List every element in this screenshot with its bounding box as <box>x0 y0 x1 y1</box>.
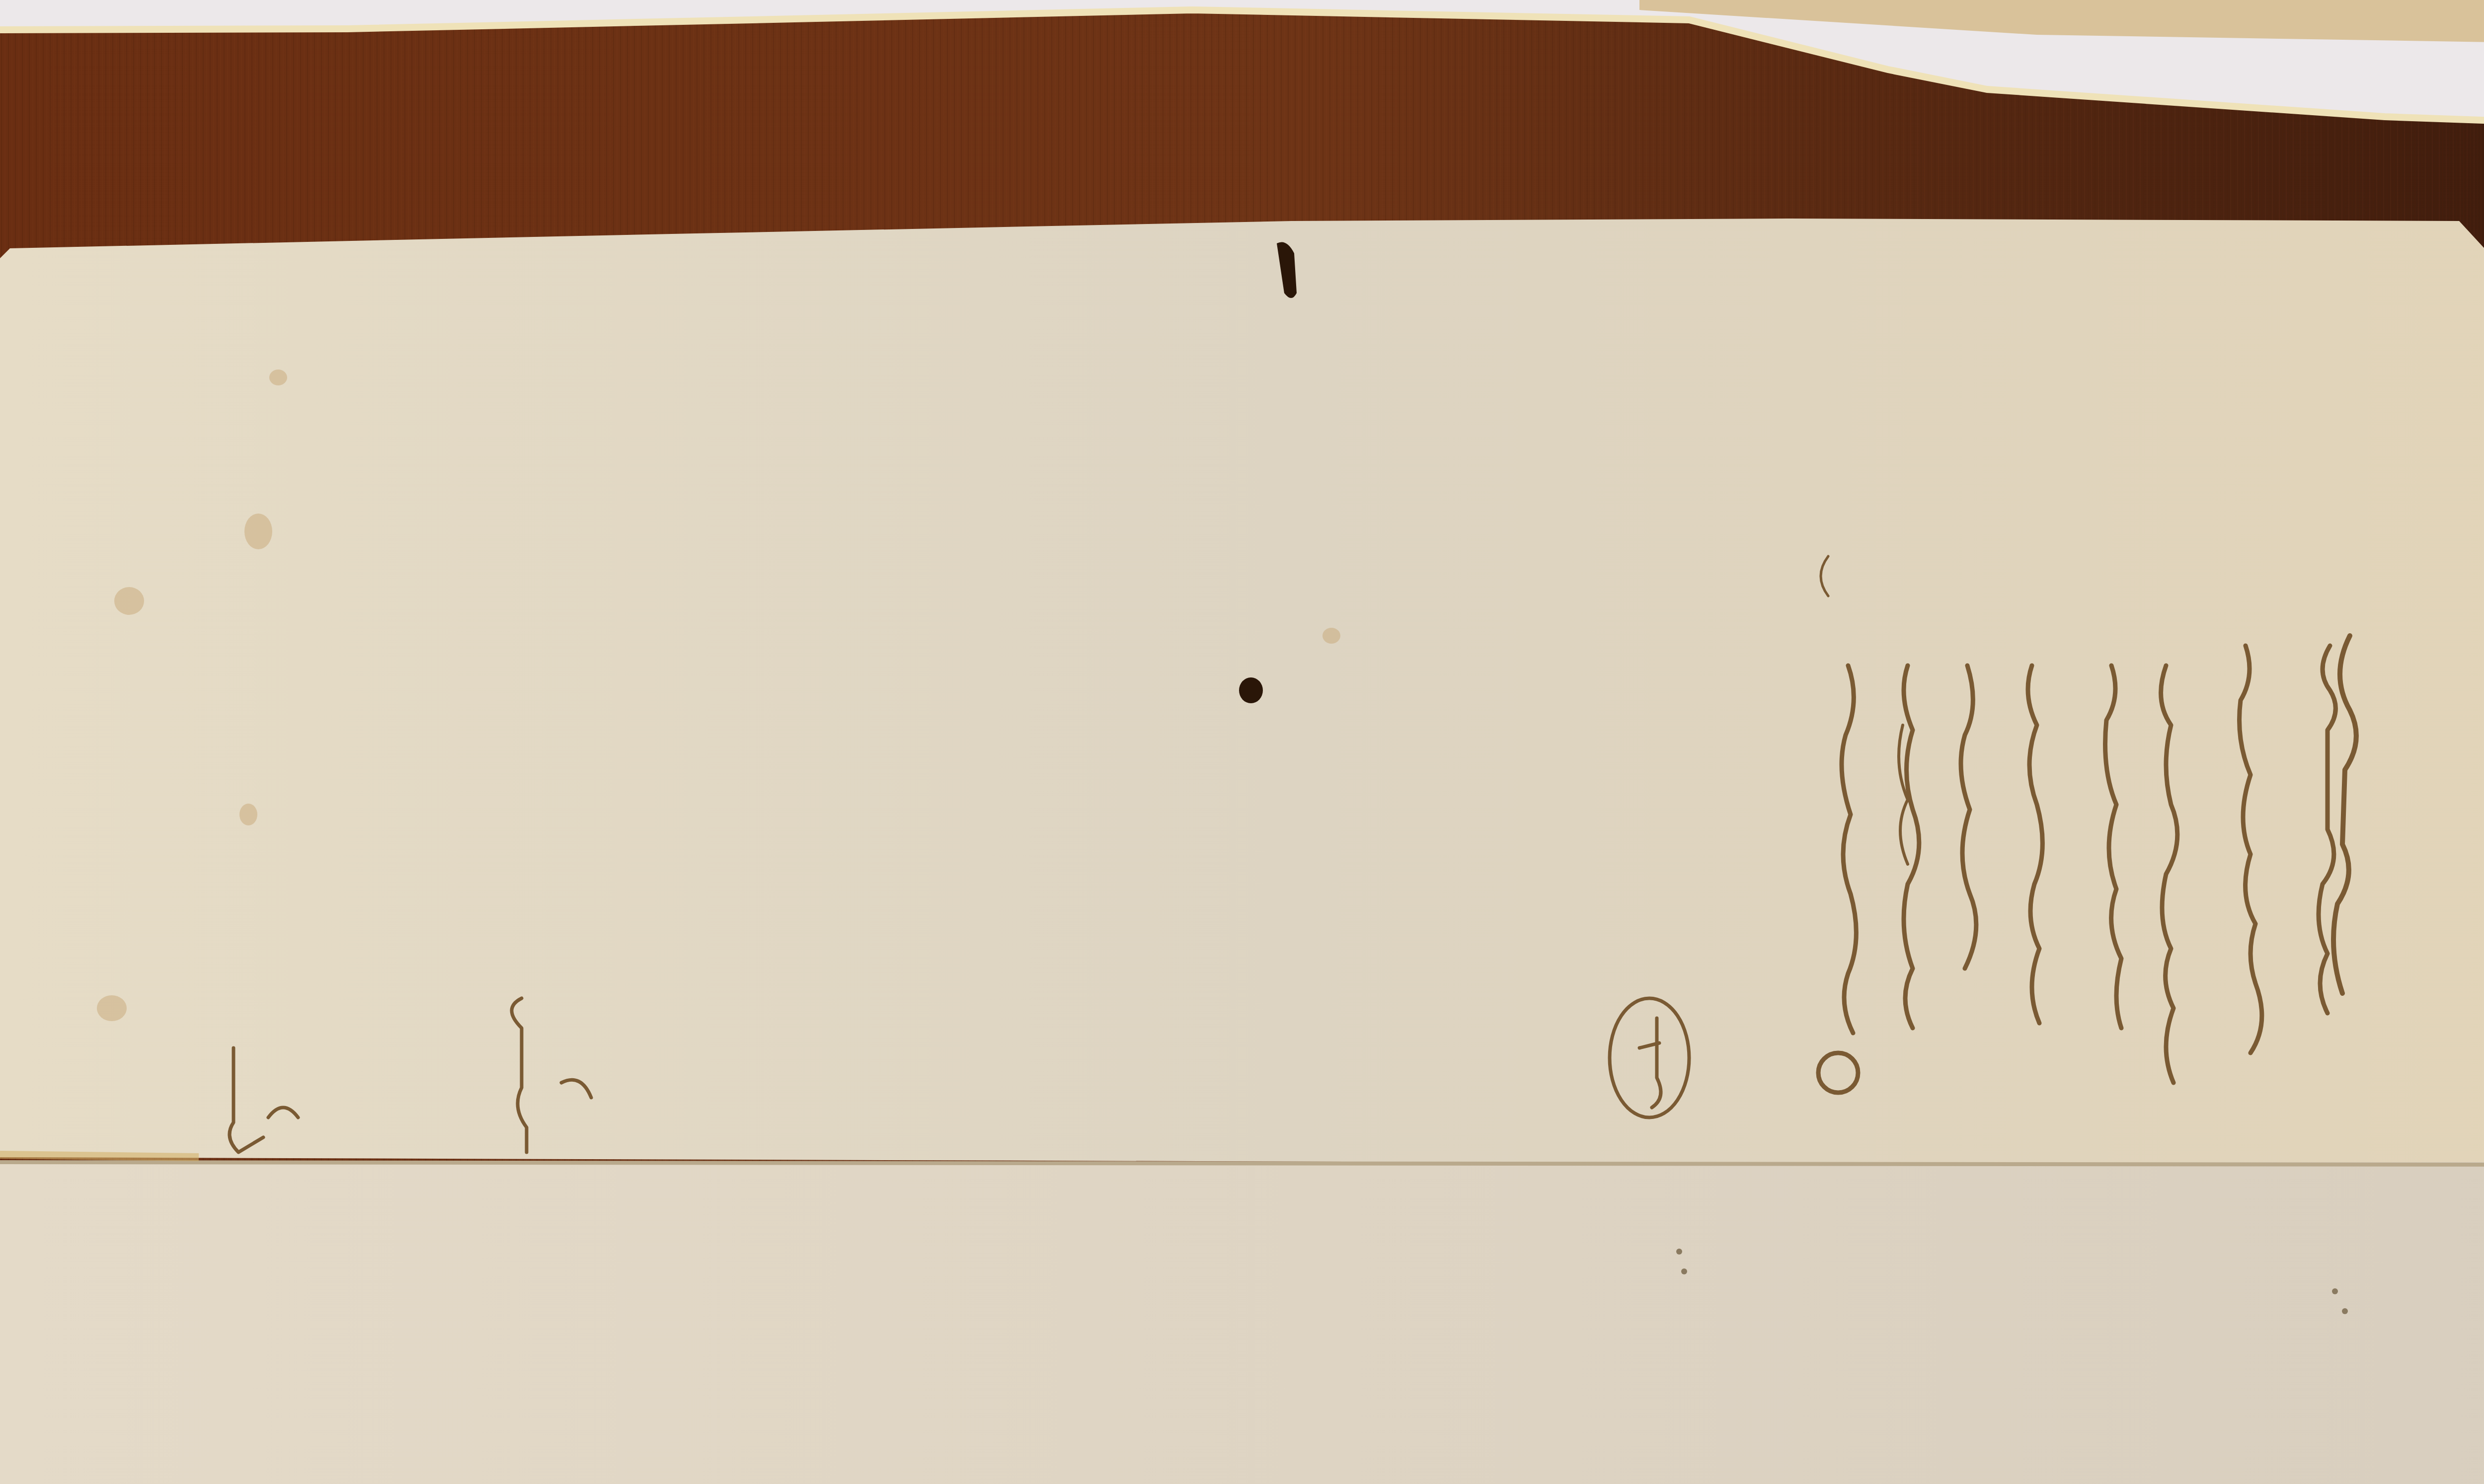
fold-line <box>0 1162 2484 1165</box>
ink-blot-center <box>1239 677 1263 703</box>
manuscript-leaf-lower <box>0 1162 2484 1484</box>
photo-scene <box>0 0 2484 1484</box>
